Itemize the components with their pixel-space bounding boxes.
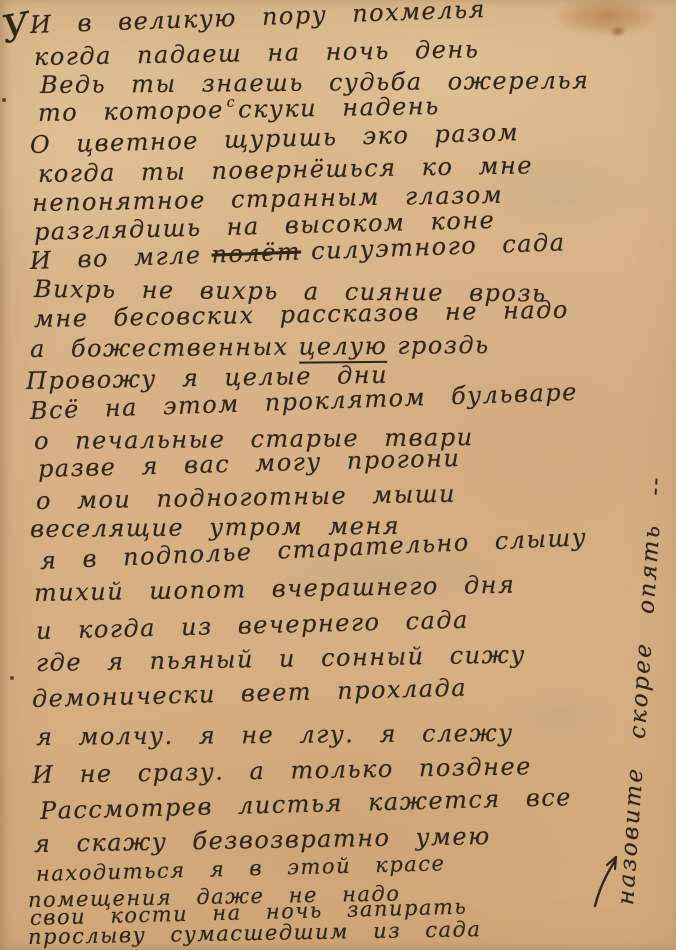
poem-line: я молчу. я не лгу. я слежу (36, 720, 514, 751)
poem-line: Рассмотрев листья кажется все (40, 784, 573, 824)
poem-line: где я пьяный и сонный сижу (36, 641, 526, 676)
underlined-word: целую (298, 332, 387, 364)
paper-speck (2, 98, 6, 102)
line-text: и когда из вечернего сада (36, 606, 470, 645)
poem-line: тихий шопот вчерашнего дня (34, 572, 516, 607)
line-text: тихий шопот вчерашнего дня (34, 571, 516, 607)
margin-check-mark: У (0, 4, 33, 52)
line-text: то которое (38, 96, 224, 127)
struck-word: полёт (211, 238, 302, 269)
rust-stain-dot (610, 26, 626, 37)
line-text: демонически веет прохлада (32, 674, 468, 713)
poem-line: когда падаеш на ночь день (34, 36, 480, 70)
line-text: когда падаеш на ночь день (34, 35, 480, 71)
margin-vertical-note: назовите скорее опять -- (613, 474, 669, 906)
line-text: скуки надень (238, 92, 440, 124)
ink-smudge (500, 688, 625, 740)
line-text: я молчу. я не лгу. я слежу (36, 719, 514, 751)
insertion-arrow-icon (588, 852, 624, 914)
line-text: И в великую пору похмелья (30, 0, 487, 39)
poem-line: а божественныхцелуюгроздь (30, 332, 490, 362)
poem-line: И в великую пору похмелья (30, 0, 487, 38)
poem-line: и когда из вечернего сада (36, 607, 470, 645)
line-text: И во мгле (30, 241, 202, 275)
paper-speck (10, 676, 14, 680)
rust-stain (545, 0, 670, 48)
poem-line: о мои подноготные мыши (36, 481, 456, 515)
line-text: а божественных (30, 333, 289, 363)
line-text: где я пьяный и сонный сижу (36, 640, 526, 677)
manuscript-page: У И в великую пору похмелья когда падаеш… (0, 0, 676, 950)
poem-line: демонически веет прохлада (32, 675, 468, 713)
line-text: о мои подноготные мыши (36, 480, 456, 515)
poem-line: И не сразу. а только позднее (32, 753, 532, 788)
line-text: Рассмотрев листья кажется все (40, 783, 573, 825)
line-text: И не сразу. а только позднее (32, 752, 532, 789)
inserted-letter: с (227, 95, 236, 111)
line-text: гроздь (397, 331, 490, 360)
